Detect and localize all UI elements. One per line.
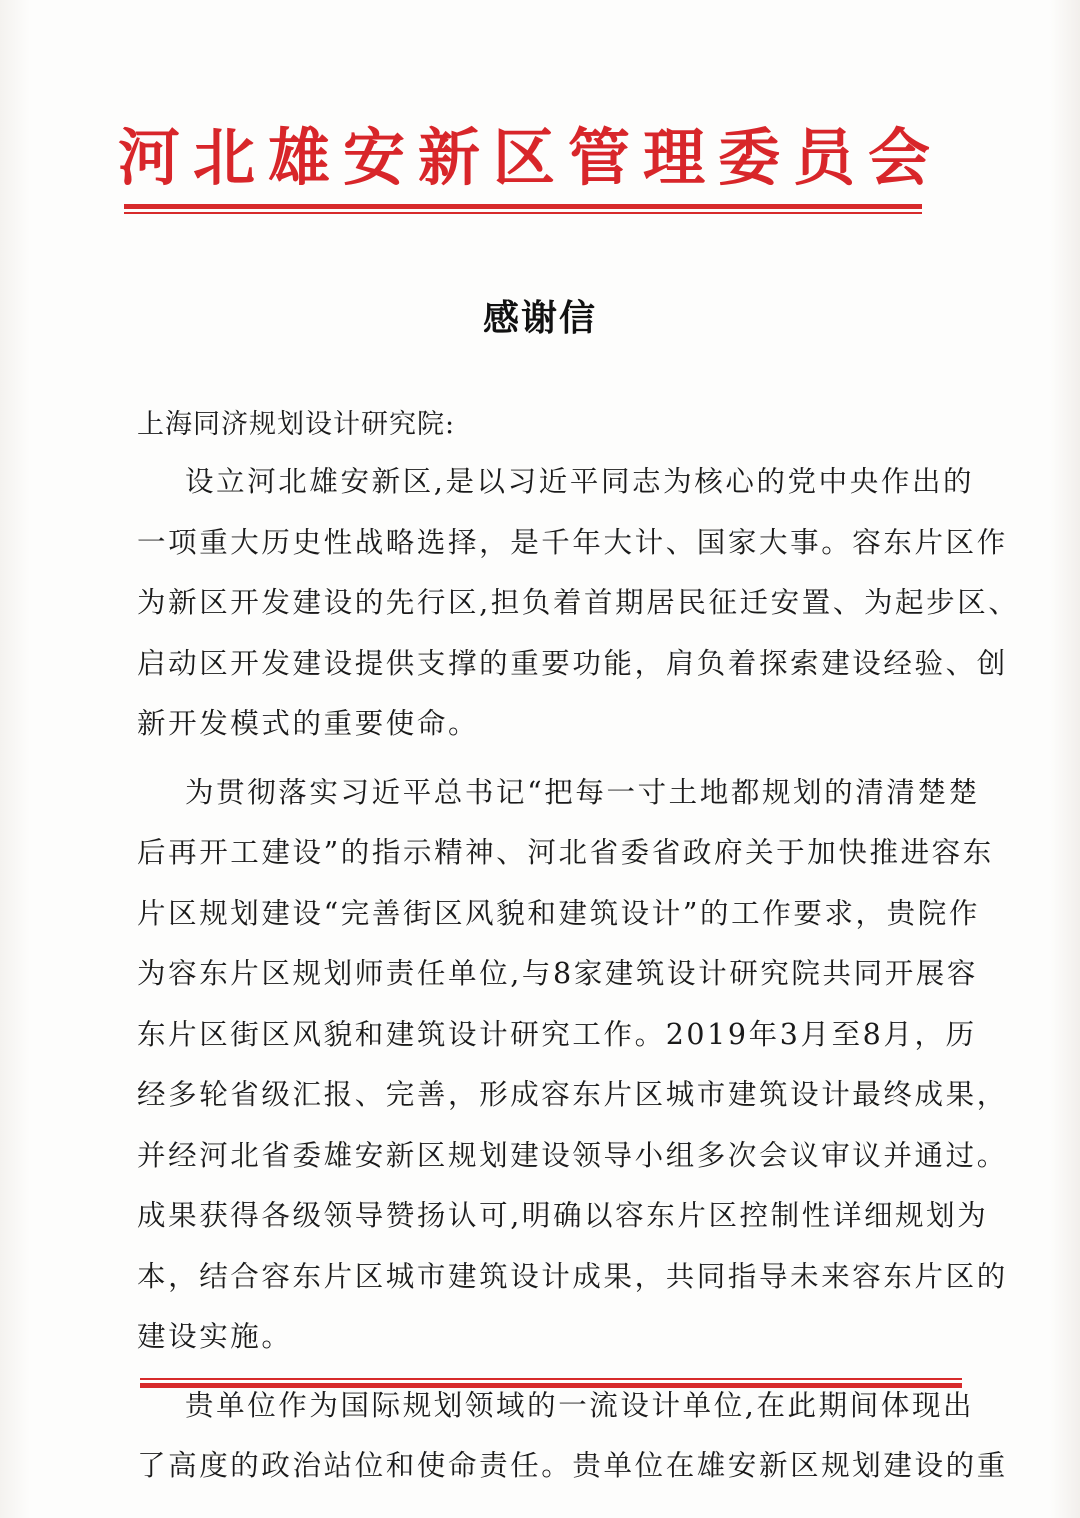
footer-red-rule xyxy=(140,1378,962,1390)
letterhead-organization: 河北雄安新区管理委员会 xyxy=(118,118,918,198)
text-line: 片区规划建设“完善街区风貌和建筑设计”的工作要求，贵院作 xyxy=(137,884,967,945)
text-line: 一项重大历史性战略选择，是千年大计、国家大事。容东片区作 xyxy=(137,513,967,574)
salutation: 上海同济规划设计研究院: xyxy=(137,402,455,441)
letterhead-red-rule xyxy=(124,204,922,216)
rule-thick-line xyxy=(140,1383,962,1388)
text-line: 新开发模式的重要使命。 xyxy=(137,694,967,755)
text-line: 启动区开发建设提供支撑的重要功能，肩负着探索建设经验、创 xyxy=(137,634,967,695)
paragraph-2: 为贯彻落实习近平总书记“把每一寸土地都规划的清清楚楚 后再开工建设”的指示精神、… xyxy=(137,763,967,1368)
text-line: 东片区街区风貌和建筑设计研究工作。2019年3月至8月，历 xyxy=(137,1005,967,1066)
text-line: 建设实施。 xyxy=(137,1307,967,1368)
letter-page: 河北雄安新区管理委员会 感谢信 上海同济规划设计研究院: 设立河北雄安新区,是以… xyxy=(0,0,1080,1518)
paragraph-3: 贵单位作为国际规划领域的一流设计单位,在此期间体现出 了高度的政治站位和使命责任… xyxy=(137,1376,967,1497)
rule-thin-line xyxy=(140,1378,962,1380)
text-line: 为新区开发建设的先行区,担负着首期居民征迁安置、为起步区、 xyxy=(137,573,967,634)
rule-thick-line xyxy=(124,204,922,209)
rule-thin-line xyxy=(124,212,922,214)
text-line: 了高度的政治站位和使命责任。贵单位在雄安新区规划建设的重 xyxy=(137,1436,967,1497)
text-line: 设立河北雄安新区,是以习近平同志为核心的党中央作出的 xyxy=(137,452,967,513)
text-line: 经多轮省级汇报、完善，形成容东片区城市建筑设计最终成果， xyxy=(137,1065,967,1126)
text-line: 为贯彻落实习近平总书记“把每一寸土地都规划的清清楚楚 xyxy=(137,763,967,824)
text-line: 成果获得各级领导赞扬认可,明确以容东片区控制性详细规划为 xyxy=(137,1186,967,1247)
paragraph-1: 设立河北雄安新区,是以习近平同志为核心的党中央作出的 一项重大历史性战略选择，是… xyxy=(137,452,967,755)
text-line: 本，结合容东片区城市建筑设计成果，共同指导未来容东片区的 xyxy=(137,1247,967,1308)
text-line: 并经河北省委雄安新区规划建设领导小组多次会议审议并通过。 xyxy=(137,1126,967,1187)
text-line: 后再开工建设”的指示精神、河北省委省政府关于加快推进容东 xyxy=(137,823,967,884)
letter-body: 设立河北雄安新区,是以习近平同志为核心的党中央作出的 一项重大历史性战略选择，是… xyxy=(137,452,967,1497)
text-line: 为容东片区规划师责任单位,与8家建筑设计研究院共同开展容 xyxy=(137,944,967,1005)
letter-title: 感谢信 xyxy=(0,290,1080,341)
